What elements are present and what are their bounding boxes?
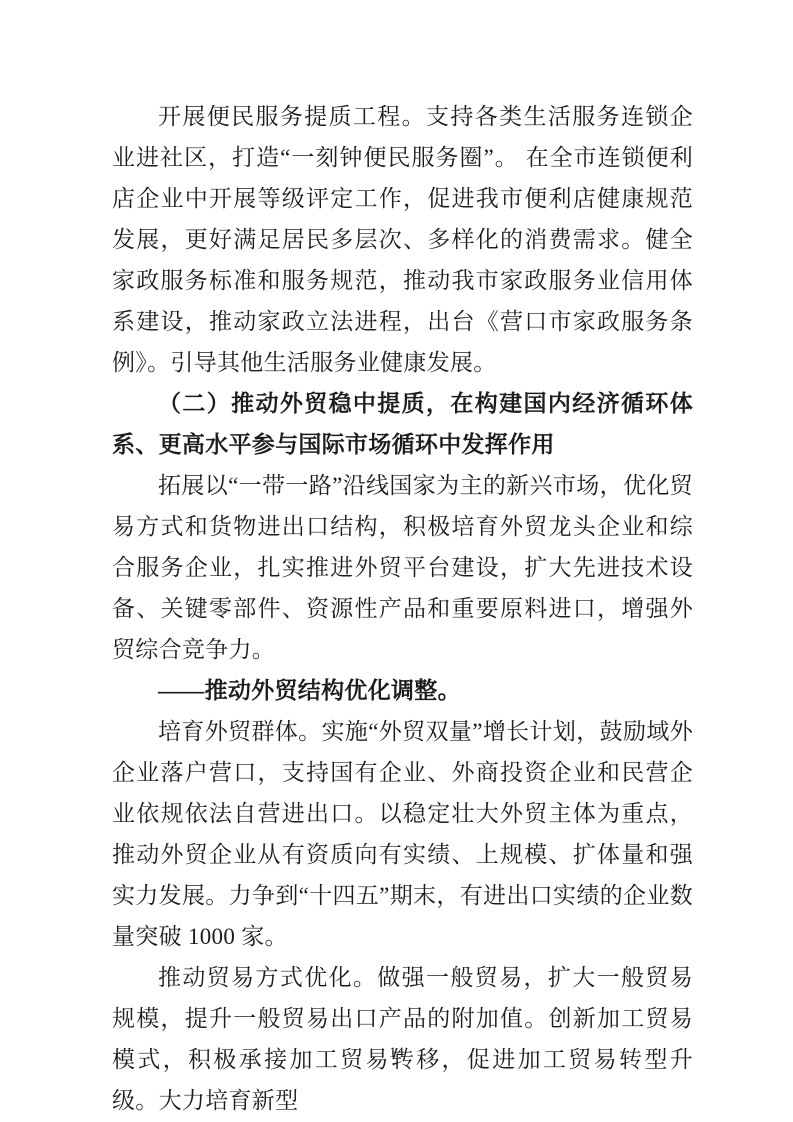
body-paragraph: 拓展以“一带一路”沿线国家为主的新兴市场，优化贸易方式和货物进出口结构，积极培育… [112, 465, 693, 670]
body-paragraph: 推动贸易方式优化。做强一般贸易，扩大一般贸易规模，提升一般贸易出口产品的附加值。… [112, 957, 693, 1121]
document-page: 开展便民服务提质工程。支持各类生活服务连锁企业进社区，打造“一刻钟便民服务圈”。… [0, 0, 793, 1122]
page-number: 14 [0, 1045, 793, 1062]
dash-subheading: ——推动外贸结构优化调整。 [112, 670, 693, 711]
body-paragraph: 开展便民服务提质工程。支持各类生活服务连锁企业进社区，打造“一刻钟便民服务圈”。… [112, 96, 693, 383]
document-body: 开展便民服务提质工程。支持各类生活服务连锁企业进社区，打造“一刻钟便民服务圈”。… [112, 96, 693, 1121]
section-heading: （二）推动外贸稳中提质，在构建国内经济循环体系、更高水平参与国际市场循环中发挥作… [112, 383, 693, 465]
body-paragraph: 培育外贸群体。实施“外贸双量”增长计划，鼓励域外企业落户营口，支持国有企业、外商… [112, 711, 693, 957]
